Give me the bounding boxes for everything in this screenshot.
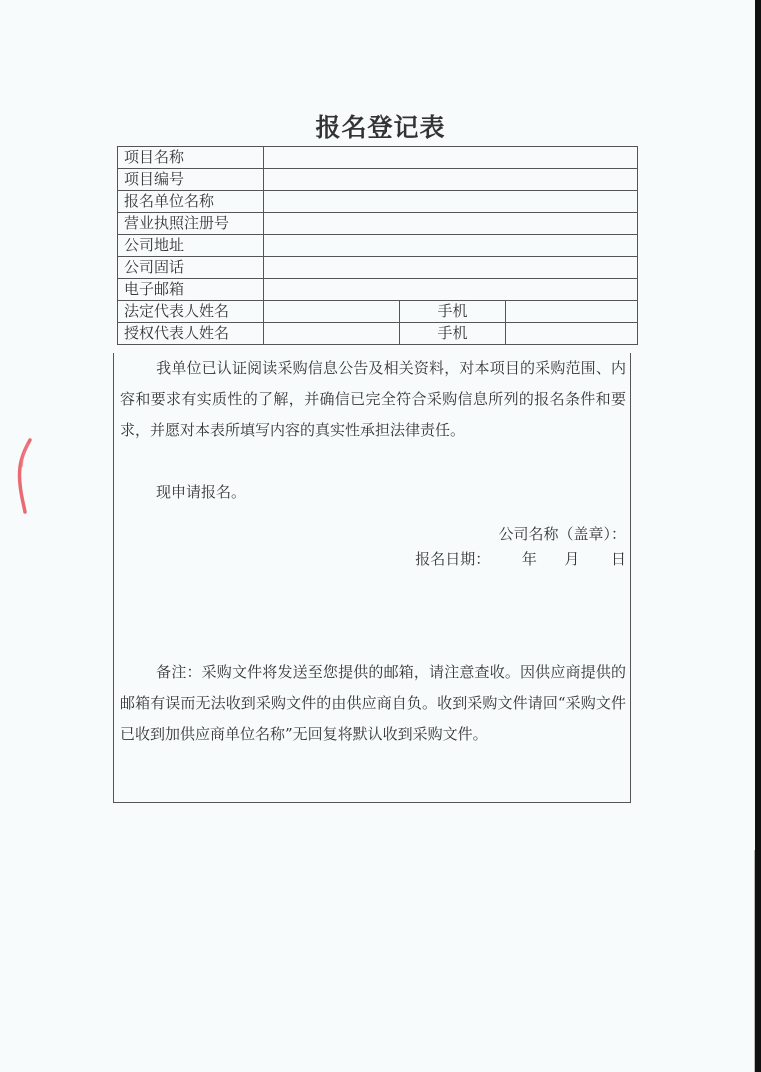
authorized-rep-name-field[interactable] [264,323,400,345]
note-paragraph: 备注：采购文件将发送至您提供的邮箱，请注意查收。因供应商提供的邮箱有误而无法收到… [120,657,626,750]
field-label: 授权代表人姓名 [118,323,264,345]
authorized-rep-mobile-field[interactable] [506,323,638,345]
month-label: 月 [564,547,579,572]
date-label: 报名日期： [415,547,490,572]
note-text: 备注：采购文件将发送至您提供的邮箱，请注意查收。因供应商提供的邮箱有误而无法收到… [120,663,626,743]
scan-edge-border [755,0,761,1072]
field-label: 公司地址 [118,235,264,257]
field-label: 报名单位名称 [118,191,264,213]
declaration-text: 我单位已认证阅读采购信息公告及相关资料，对本项目的采购范围、内容和要求有实质性的… [120,359,626,439]
table-row: 项目名称 [118,147,638,169]
company-name-field[interactable] [264,191,638,213]
day-label: 日 [611,547,626,572]
company-seal-label: 公司名称（盖章）： [415,522,626,547]
email-field[interactable] [264,279,638,301]
table-row: 营业执照注册号 [118,213,638,235]
apply-paragraph: 现申请报名。 [120,477,626,508]
table-row: 项目编号 [118,169,638,191]
table-row: 报名单位名称 [118,191,638,213]
form-title: 报名登记表 [0,108,761,144]
signature-block: 公司名称（盖章）： 报名日期： 年 月 日 [415,522,626,572]
apply-text: 现申请报名。 [156,483,246,501]
company-phone-field[interactable] [264,257,638,279]
legal-rep-mobile-field[interactable] [506,301,638,323]
field-label: 项目名称 [118,147,264,169]
field-label: 法定代表人姓名 [118,301,264,323]
registration-date-row: 报名日期： 年 月 日 [415,547,626,572]
field-label: 项目编号 [118,169,264,191]
table-row: 法定代表人姓名 手机 [118,301,638,323]
table-row: 公司固话 [118,257,638,279]
field-label: 手机 [400,301,506,323]
registration-table: 项目名称 项目编号 报名单位名称 营业执照注册号 公司地址 公司固话 电子邮箱 [117,146,638,345]
field-label: 手机 [400,323,506,345]
table-row: 公司地址 [118,235,638,257]
company-address-field[interactable] [264,235,638,257]
scan-edge-line [754,850,755,1072]
table-row: 授权代表人姓名 手机 [118,323,638,345]
red-pen-mark-icon [8,436,38,516]
declaration-paragraph: 我单位已认证阅读采购信息公告及相关资料，对本项目的采购范围、内容和要求有实质性的… [120,353,626,446]
project-number-field[interactable] [264,169,638,191]
table-row: 电子邮箱 [118,279,638,301]
field-label: 营业执照注册号 [118,213,264,235]
year-label: 年 [522,547,537,572]
field-label: 公司固话 [118,257,264,279]
statement-box: 我单位已认证阅读采购信息公告及相关资料，对本项目的采购范围、内容和要求有实质性的… [113,353,631,803]
field-label: 电子邮箱 [118,279,264,301]
legal-rep-name-field[interactable] [264,301,400,323]
project-name-field[interactable] [264,147,638,169]
business-license-field[interactable] [264,213,638,235]
